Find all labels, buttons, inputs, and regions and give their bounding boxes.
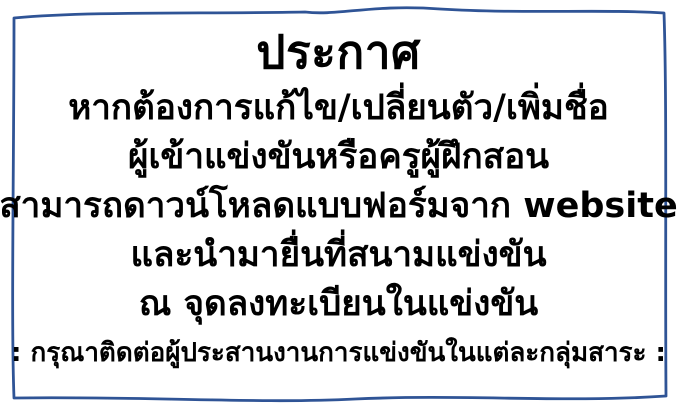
- notice-content: ประกาศ หากต้องการแก้ไข/เปลี่ยนตัว/เพิ่มช…: [22, 20, 655, 397]
- notice-line-3: สามารถดาวน์โหลดแบบฟอร์มจาก website: [0, 182, 677, 231]
- notice-line-5: ณ จุดลงทะเบียนในแข่งขัน: [139, 280, 538, 329]
- notice-line-4: และนำมายื่นที่สนามแข่งขัน: [130, 231, 546, 280]
- notice-line-2: ผู้เข้าแข่งขันหรือครูผู้ฝึกสอน: [128, 133, 549, 182]
- notice-title: ประกาศ: [256, 20, 421, 84]
- notice-footer: : : กรุณาติดต่อผู้ประสานงานการแข่งขันในแ…: [0, 331, 677, 375]
- notice-line-1: หากต้องการแก้ไข/เปลี่ยนตัว/เพิ่มชื่อ: [68, 84, 609, 133]
- announcement-notice: ประกาศ หากต้องการแก้ไข/เปลี่ยนตัว/เพิ่มช…: [0, 0, 677, 413]
